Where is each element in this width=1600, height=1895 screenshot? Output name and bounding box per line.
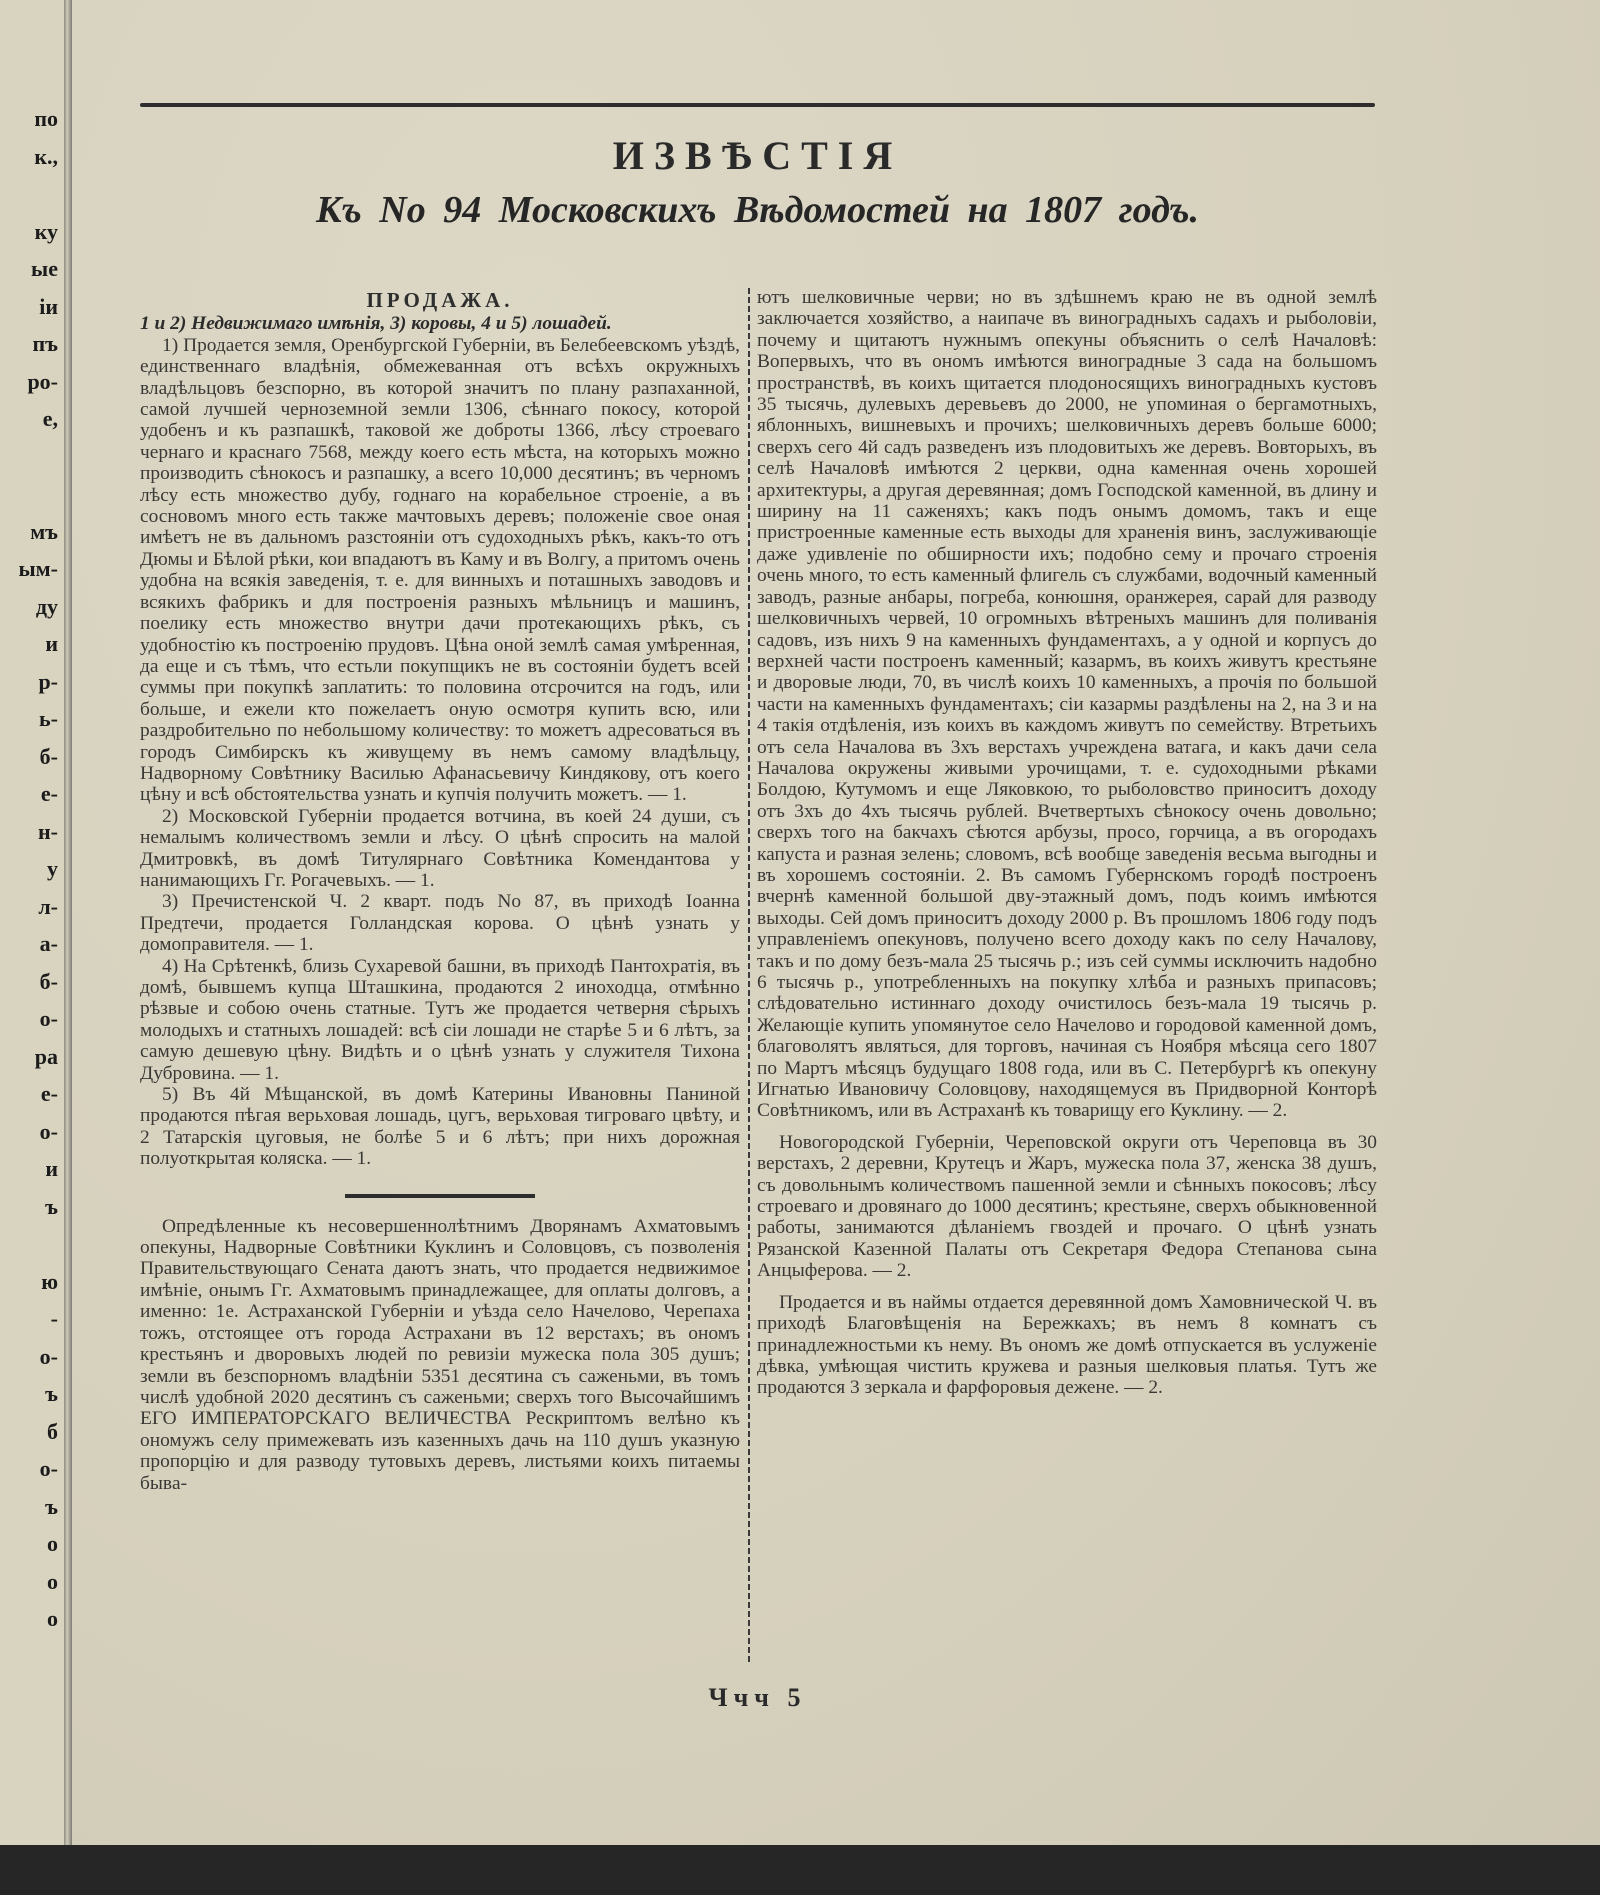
page-title: ИЗВѢСТІЯ (140, 132, 1375, 179)
ad-khamovniki-house: Продается и въ наймы отдается деревянной… (757, 1292, 1377, 1399)
scan-background-bottom (0, 1845, 1600, 1895)
ad-paragraph-4: 4) На Срѣтенкѣ, близь Сухаревой башни, в… (140, 956, 740, 1084)
section-title-sale: ПРОДАЖА. (140, 290, 740, 311)
book-gutter (64, 0, 72, 1845)
left-column: ПРОДАЖА. 1 и 2) Недвижимаго имѣнія, 3) к… (140, 290, 740, 1494)
right-column: ютъ шелковичные черви; но въ здѣшнемъ кр… (757, 287, 1377, 1399)
guardians-announcement: Опредѣленные къ несовершеннолѣтнимъ Двор… (140, 1216, 740, 1494)
announcement-continuation: ютъ шелковичные черви; но въ здѣшнемъ кр… (757, 287, 1377, 1122)
paragraph-gap (757, 1122, 1377, 1132)
page-subtitle: Къ No 94 Московскихъ Вѣдомостей на 1807 … (140, 188, 1375, 232)
section-separator (345, 1194, 535, 1198)
ad-paragraph-5: 5) Въ 4й Мѣщанской, въ домѣ Катерины Ива… (140, 1084, 740, 1170)
ad-paragraph-1: 1) Продается земля, Оренбургской Губерні… (140, 335, 740, 806)
facing-page-text-fragments: по к., ку ые іи пъ ро- е, мъ ым- ду и р-… (0, 0, 64, 1638)
ad-paragraph-2: 2) Московской Губерніи продается вотчина… (140, 806, 740, 892)
column-divider (748, 288, 750, 1663)
facing-page-edge: по к., ку ые іи пъ ро- е, мъ ым- ду и р-… (0, 0, 66, 1845)
ad-novgorod: Новогородской Губерніи, Череповской окру… (757, 1132, 1377, 1282)
section-subtitle: 1 и 2) Недвижимаго имѣнія, 3) коровы, 4 … (140, 313, 740, 334)
page-signature: Ччч 5 (140, 1683, 1375, 1713)
header-rule (140, 103, 1375, 107)
paragraph-gap (757, 1282, 1377, 1292)
ad-paragraph-3: 3) Пречистенской Ч. 2 кварт. подъ No 87,… (140, 891, 740, 955)
